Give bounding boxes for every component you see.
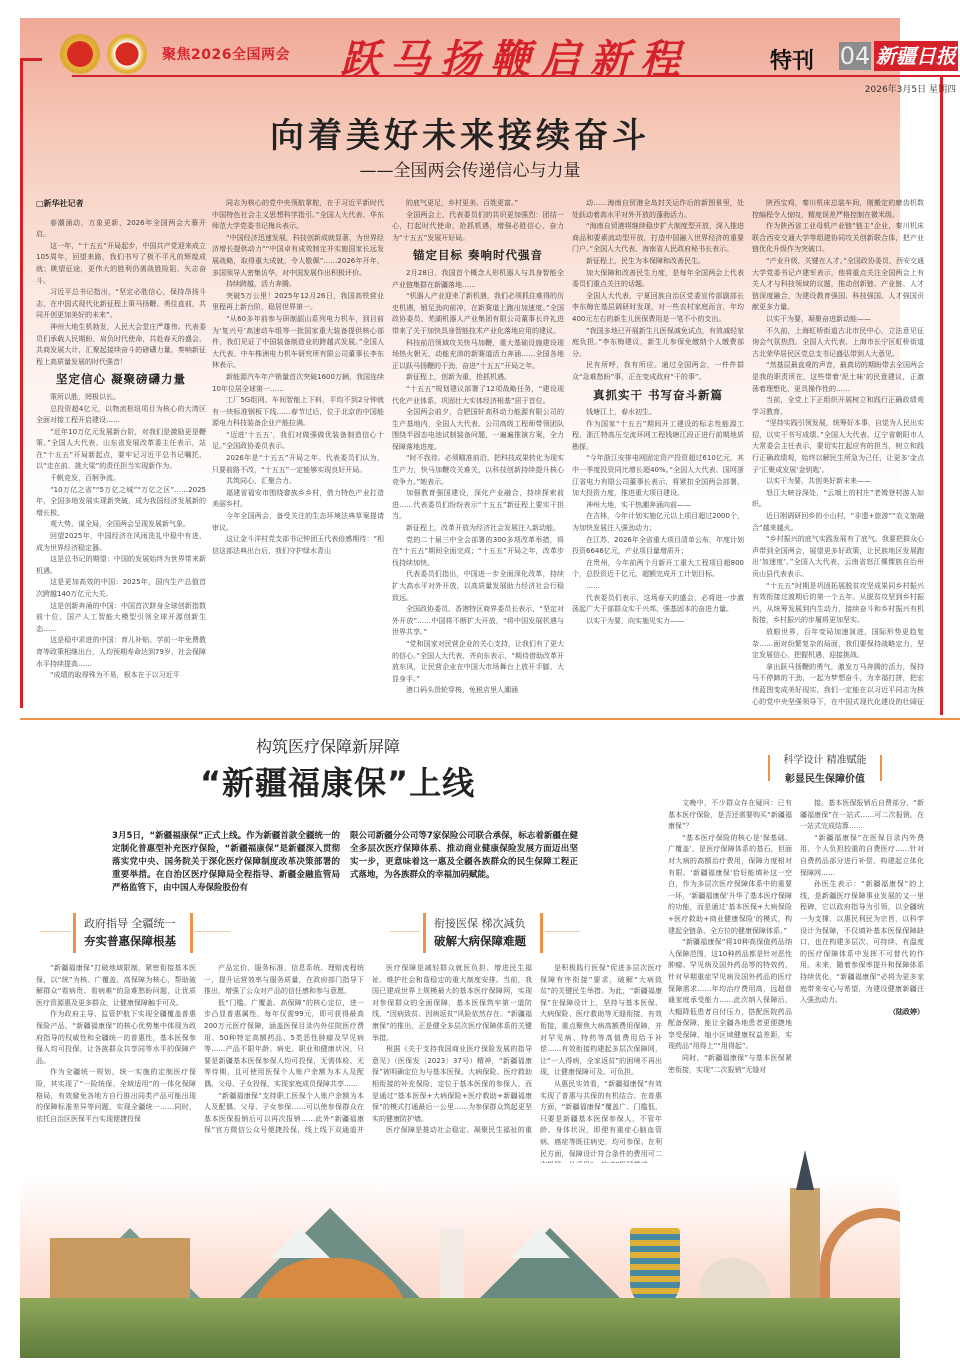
paragraph: “乡村振兴的底气实践发展有了底气。我要把群众心声带到全国两会，展望更多好政策，让…: [752, 534, 924, 580]
paragraph: 今年全国两会，备受关注的生态环境法典草案提请审议。: [212, 511, 384, 534]
paragraph: 新征程上，民生为本保障和改善民生。: [572, 256, 744, 268]
national-emblem-icon: [60, 34, 100, 74]
paragraph: 观大势、谋全局，全国两会呈现发展新气象。: [36, 519, 206, 531]
section-heading: 坚定信心 凝聚磅礴力量: [36, 374, 206, 386]
paragraph: 以实干为要，共创美好新未来——: [752, 476, 924, 488]
paragraph: 策所以胜，罔极以长。: [36, 392, 206, 404]
paragraph: 以实干为要，凝聚奋进新动能——: [752, 314, 924, 326]
paragraph: “成绩的取得殊为不易，根本在于以习近平: [36, 670, 206, 682]
paragraph: 2月28日，我国首个概念人形机器人与具身智能全产业链集群在新疆落地……: [392, 268, 564, 291]
paragraph: “基本医疗保险的核心是‘保基础、广覆盖’，是医疗保障体系的基石，但面对大病的高额…: [668, 833, 792, 937]
article2-col1-paragraphs: “新疆福康保”打破地域限制，紧密衔接基本医保，以“统”为核、广覆盖、高保障为核心…: [36, 963, 196, 1125]
paragraph: 钱塘江上，春水初生。: [572, 407, 744, 419]
paragraph: 根据《关于支持我国商业医疗保险发展的指导意见》（医保发〔2023〕37号）精神，…: [372, 1044, 532, 1125]
paragraph: 动……海南自贸港全岛封关运作后的新图景里，处处跃动着高水平对外开放的蓬勃活力。: [572, 198, 744, 221]
subhead-1-line2: 夯实普惠保障根基: [84, 933, 176, 949]
subhead-bar: [540, 913, 543, 953]
col1-paragraphs: 春潮涌动，万象更新，2026年全国两会大幕开启。这一年，“十五五”开局起步，中国…: [36, 218, 206, 369]
section-heading: 真抓实干 书写奋斗新篇: [572, 390, 744, 402]
paragraph: 同时，“新疆福康保”与基本医保紧密衔接，实现“二次报销”无缝对: [668, 1053, 792, 1076]
paragraph: 在江苏，2026年全省重大项目清单公布，年度计划投资6646亿元，产业项目量增质…: [572, 535, 744, 558]
paragraph: “党和国家对民营企业的关心支持，让我们有了更大的信心。”全国人大代表、齐向东表示…: [392, 639, 564, 685]
article1-column-5: 陕西宝鸡，秦川机床总装车间，刚搬定的磨齿机数控编程令人惊叹，精度误差严格控制在微…: [752, 198, 924, 708]
paragraph: 加大保障和改善民生力度，是每年全国两会上代表委员们重点关注的话题。: [572, 268, 744, 291]
paragraph: 突破5万公里！2025年12月26日，我国高铁营业里程再上新台阶，稳居世界第一。: [212, 291, 384, 314]
author: （陆政婷）: [800, 1007, 924, 1019]
paragraph: 新能源汽车年产销量首次突破1600万辆，我国连续10年位居全球第一……: [212, 372, 384, 395]
paragraph: 是积极践行医保“促进多层次医疗保障有序衔接”要求，破解“大病致贫”的关键民生举措…: [540, 963, 662, 1079]
article1-column-2: 同志为核心的党中央领航掌舵，在于习近平新时代中国特色社会主义思想科学指引。”全国…: [212, 198, 384, 708]
subhead-rule: [390, 931, 420, 932]
paragraph: “机器人产业迎来了新机遇，我们必须抓住难得的历史机遇，锻足劲向前冲，在新赛道上跑…: [392, 291, 564, 337]
paragraph: 代表委员们表示，这场春天的盛会，必将进一步激荡起广大干部群众实干兴邦、强基固本的…: [572, 593, 744, 616]
subhead-bar: [73, 913, 76, 953]
article1-column-4: 动……海南自贸港全岛封关运作后的新图景里，处处跃动着高水平对外开放的蓬勃活力。“…: [572, 198, 744, 708]
paragraph: “坚持实践引领发展，统筹好本事，自觉为人民出实招，以实干书写成绩。”全国人大代表…: [752, 418, 924, 476]
side-tag-bar-right: [880, 755, 882, 781]
paragraph: 这是稳中求进的中国：育儿补贴、学前一年免费教育等政策相继出台，人均预期寿命达到7…: [36, 635, 206, 670]
subhead-1-line1: 政府指导 全疆统一: [84, 915, 176, 931]
paragraph: 春潮涌动，万象更新，2026年全国两会大幕开启。: [36, 218, 206, 241]
subhead-rule: [40, 931, 70, 932]
paragraph: 这是更加高效的中国：2025年，国内生产总值首次跨越140万亿元大关。: [36, 577, 206, 600]
paragraph: 福建省福安市围绕畲族乡乡村，借力特色产业打造美丽乡村。: [212, 488, 384, 511]
article2-column-4: 是积极践行医保“促进多层次医疗保障有序衔接”要求，破解“大病致贫”的关键民生举措…: [540, 963, 662, 1163]
side-tag-line2: 彰显民生保障价值: [760, 770, 890, 785]
page-header: 聚焦2026全国两会 跃马扬鞭启新程 特刊 04 新疆日报 2026年3月5日 …: [20, 18, 900, 98]
paragraph: “十五五”规划建议部署了12项战略任务，“建设现代化产业体系，巩固壮大实体经济根…: [392, 384, 564, 407]
paragraph: 放眼世界，百年变局加速演进，国际形势更趋复杂……面对纷繁复杂的局面，我们要保持战…: [752, 627, 924, 662]
paragraph: “十五五”时期是巩固拓展脱贫攻坚成果同乡村振兴有效衔接过渡期后的第一个五年。从脱…: [752, 581, 924, 627]
paragraph: 同志为核心的党中央领航掌舵，在于习近平新时代中国特色社会主义思想科学指引。”全国…: [212, 198, 384, 233]
paragraph: 当前，全党上下正组织开展树立和践行正确政绩观学习教育。: [752, 395, 924, 418]
col3-paragraphs: 的底气更足，乡村更美、百姓更富。”全国两会上，代表委员们的共识更加强烈：团结一心…: [392, 198, 564, 244]
article2-column-5: 文晚中，不少群众存在疑问：已有基本医疗保险，是否还需要购买“新疆福康保”？“基本…: [668, 798, 792, 1138]
col5-paragraphs: 陕西宝鸡，秦川机床总装车间，刚搬定的磨齿机数控编程令人惊叹，精度误差严格控制在微…: [752, 198, 924, 708]
paragraph: “中国经济迅速发展，科技创新成就显著，为世界经济增长提供动力”“中国卓有成效制定…: [212, 233, 384, 279]
paragraph: 陕西宝鸡，秦川机床总装车间，刚搬定的磨齿机数控编程令人惊叹，精度误差严格控制在微…: [752, 198, 924, 221]
paragraph: “新疆福康保”在医保目录内外费用、个人负担较重的自费医疗……针对自费药品部分进行…: [800, 833, 924, 879]
paragraph: 文晚中，不少群众存在疑问：已有基本医疗保险，是否还需要购买“新疆福康保”？: [668, 798, 792, 833]
paragraph: 新征程上，创新为重，抢抓机遇。: [392, 372, 564, 384]
article2-column-3: 医疗保障是减轻群众就医负担、增进民生福祉、维护社会和谐稳定的重大制度安排。当前，…: [372, 963, 532, 1138]
byline: □新华社记者: [36, 198, 206, 210]
article2-col5-paragraphs: 文晚中，不少群众存在疑问：已有基本医疗保险，是否还需要购买“新疆福康保”？“基本…: [668, 798, 792, 1076]
paragraph: 医疗保障是减轻群众就医负担、增进民生福祉、维护社会和谐稳定的重大制度安排。当前，…: [372, 963, 532, 1044]
col4-paragraphs2: 钱塘江上，春水初生。作为国家“十五五”期间开工建设的标志性能源工程，浙江特高压交…: [572, 407, 744, 627]
subhead-2-line1: 衔接医保 梯次减负: [434, 915, 526, 931]
paragraph: 港口码头货轮穿梭，免税店里人潮涌: [392, 685, 564, 697]
paragraph: 怒江大峡谷深处，“云端上的村庄”老姆登村游人如织。: [752, 488, 924, 511]
paragraph: “我国多地已开展新生儿医保减免试点，有效减轻家庭负担。”李东梅建议，新生儿参保免…: [572, 326, 744, 361]
paragraph: “产业升级，关键在人才。”全国政协委员、西安交通大学党委书记卢建军表示，他将重点…: [752, 256, 924, 314]
subhead-bar: [423, 913, 426, 953]
paragraph: “然基层最直观的声音，最真切的期盼带去全国两会是我的职责所在，这些带着‘泥土味’…: [752, 360, 924, 395]
paragraph: 接。基本医保报销后自费部分，“新疆福康保”在一站式……可二次报销，在一站式完成结…: [800, 798, 924, 833]
paragraph: “新疆福康保”支持职工医保个人账户余额为本人及配偶、父母、子女参保……可以使参保…: [204, 1091, 364, 1138]
paragraph: 民有所呼，我有所应。通过全国两会，一件件群众“急难愁盼”事，正在变成政府“干的事…: [572, 360, 744, 383]
paragraph: 全国两会上，代表委员们的共识更加强烈：团结一心，打起时代使命，抢抓机遇，增强必胜…: [392, 210, 564, 245]
paragraph: “时不我待。必须瞄准前沿，把科技成果转化为现实生产力，快马加鞭攻关难关，以科技创…: [392, 453, 564, 488]
xinjiang-landscape-illustration: [20, 1138, 900, 1358]
paragraph: 产品定价、服务标准、信息系统、理赔流程统一，提升运营效率与服务质量，在政府部门指…: [204, 963, 364, 998]
snow-peak-icon: [270, 1228, 330, 1258]
paragraph: 作为全疆统一规划，统一实施的定制医疗保险，其实现了“一险统保、全域适用”的一体化…: [36, 1067, 196, 1125]
article1-subtitle: ——全国两会传递信心与力量: [200, 156, 740, 181]
newspaper-logo: 新疆日报: [874, 41, 958, 71]
article2-kicker: 构筑医疗保障新屏障: [256, 734, 400, 757]
paragraph: 总投资超4亿元，以物流枢纽项目为核心的大湾区全面对接工程开启建设……: [36, 404, 206, 427]
paragraph: 医疗保障是推动社会稳定、凝聚民生福祉的重要基础，“新疆福康保”的推出，不单是单纯…: [372, 1125, 532, 1138]
section-heading: 锚定目标 奏响时代强音: [392, 250, 564, 262]
paragraph: 千帆竞发，百舸争流。: [36, 473, 206, 485]
article2-lead-left: 3月5日，“新疆福康保”正式上线。作为新疆首款全疆统一的定制化普惠型补充医疗保险…: [112, 830, 340, 895]
paragraph: 这是创新奔涌的中国：中国首次跻身全球创新指数前十位，国产人工智能大模型引领全球开…: [36, 601, 206, 636]
paragraph: 新征程上，改革开放为经济社会发展注入新动能。: [392, 523, 564, 535]
paragraph: “10万亿之省”“5万亿之城”“万亿之区”……2025年，全国多地发展实现新突破…: [36, 485, 206, 520]
paragraph: 全国人大代表、宁夏回族自治区党委宣传部副部长李东梅在基层调研时发现，对一些农村家…: [572, 291, 744, 326]
article2-col4-paragraphs: 是积极践行医保“促进多层次医疗保障有序衔接”要求，破解“大病致贫”的关键民生举措…: [540, 963, 662, 1163]
paragraph: “新疆福康保”将10种高保值药品纳入保障范围，这10种药品都是针对恶性肿瘤、罕见…: [668, 937, 792, 1053]
paragraph: 代表委员们指出，中国进一步全面深化改革，持续扩大高水平对外开放，以高质量发展助力…: [392, 569, 564, 604]
subhead-rule: [195, 931, 230, 932]
side-tag-line1: 科学设计 精准赋能: [760, 751, 890, 766]
paragraph: 低“门槛、广覆盖、高保障”的核心定位，进一步凸显普惠属性，每年仅需99元，即可获…: [204, 998, 364, 1091]
paragraph: 这一年，“十五五”开局起步，中国共产党迎来成立105周年，回望来路，我们书写了极…: [36, 241, 206, 287]
paragraph: 神州大地生机勃发，人民大会堂庄严雄伟。代表委员们承载人民期盼，肩负时代使命，共赴…: [36, 322, 206, 368]
cppcc-emblem-icon: [107, 34, 147, 74]
paragraph: 作为政府主导、监管护航下实现全疆覆盖普惠保险产品，“新疆福康保”的核心优势集中体…: [36, 1009, 196, 1067]
paragraph: “新疆福康保”打破地域限制，紧密衔接基本医保，以“统”为核、广覆盖、高保障为核心…: [36, 963, 196, 1009]
article2-column-2: 产品定价、服务标准、信息系统、理赔流程统一，提升运营效率与服务质量，在政府部门指…: [204, 963, 364, 1138]
paragraph: 加强教育强国建设，深化产业融合，持续探索前进……代表委员们纷纷表示“十五五”新征…: [392, 488, 564, 523]
article2-column-1: “新疆福康保”打破地域限制，紧密衔接基本医保，以“统”为核、广覆盖、高保障为核心…: [36, 963, 196, 1138]
right-rule: [940, 75, 943, 715]
paragraph: 的底气更足，乡村更美、百姓更富。”: [392, 198, 564, 210]
paragraph: 2026年是“十五五”开局之年。代表委员们认为，只要前路不改，“十五五”一定能够…: [212, 453, 384, 476]
article1-title: 向着美好未来接续奋斗: [20, 108, 900, 157]
subhead-2-line2: 破解大病保障难题: [434, 933, 526, 949]
paragraph: ……: [572, 581, 744, 593]
ornament-shield-icon: [630, 1228, 680, 1308]
paragraph: 在贵州，今年前两个月新开工重大工程项目超800个，总投资近千亿元，超额完成开工计…: [572, 558, 744, 581]
side-tag: 科学设计 精准赋能 彰显民生保障价值: [760, 751, 890, 785]
article1-column-3: 的底气更足，乡村更美、百姓更富。”全国两会上，代表委员们的共识更加强烈：团结一心…: [392, 198, 564, 708]
subhead-1: 政府指导 全疆统一 夯实普惠保障根基: [40, 913, 230, 953]
col1-paragraphs2: 策所以胜，罔极以长。总投资超4亿元，以物流枢纽项目为核心的大湾区全面对接工程开启…: [36, 392, 206, 682]
header-rule: [72, 75, 960, 77]
paragraph: “近年10万亿元发展新台阶，对我们是激励更是鞭策。”全国人大代表、山东省发展改革…: [36, 427, 206, 473]
subhead-rule: [545, 931, 580, 932]
article2-col6-paragraphs: 接。基本医保报销后自费部分，“新疆福康保”在一站式……可二次报销，在一站式完成结…: [800, 798, 924, 1007]
paragraph: 不久前，上海虹桥街道古北市民中心，立法意见征询会气氛热烈。全国人大代表、上海市长…: [752, 326, 924, 361]
col2-paragraphs: 同志为核心的党中央领航掌舵，在于习近平新时代中国特色社会主义思想科学指引。”全国…: [212, 198, 384, 557]
col3-paragraphs2: 2月28日，我国首个概念人形机器人与具身智能全产业链集群在新疆落地……“机器人产…: [392, 268, 564, 697]
paragraph: 以实干为要，向实施见实力——: [572, 616, 744, 628]
paragraph: 全国两会前夕，合肥国轩高科动力能源有限公司的生产基地内，全国人大代表、公司高级工…: [392, 407, 564, 453]
col4-paragraphs: 动……海南自贸港全岛封关运作后的新图景里，处处跃动着高水平对外开放的蓬勃活力。“…: [572, 198, 744, 384]
paragraph: 这是总书记的期望：中国的发展始终为世界带来新机遇。: [36, 554, 206, 577]
spire-icon: [796, 1150, 814, 1190]
article2-lead-right: 限公司新疆分公司等7家保险公司联合承保，标志着新疆在健全多层次医疗保障体系、推动…: [350, 830, 578, 882]
paragraph: 拿出跃马扬鞭的勇气，激发万马奔腾的活力，保持马不停蹄的干劲，一起为梦想奋斗，为幸…: [752, 662, 924, 708]
paragraph: “今年浙江安排电网固定资产投资超过610亿元，其中一季度投资同比增长超40%。”…: [572, 453, 744, 499]
paragraph: 作为国家“十五五”期间开工建设的标志性能源工程，浙江特高压交流环网工程钱塘江段正…: [572, 419, 744, 454]
newspaper-page: 聚焦2026全国两会 跃马扬鞭启新程 特刊 04 新疆日报 2026年3月5日 …: [20, 18, 900, 1358]
paragraph: “迈进‘十五五’，我们对做强做优装备制造信心十足。”全国政协委员表示。: [212, 430, 384, 453]
header-kicker: 聚焦2026全国两会: [162, 44, 290, 64]
paragraph: 近日刚调研回乡的小山村，“非遗+旅游”“农文旅融合”越来越火。: [752, 511, 924, 534]
paragraph: 这让金斗洋村党支部书记钟团玉代表倍感期待：“相信这部法典出台后，我们守护绿水青山: [212, 534, 384, 557]
paragraph: 在吉林，今年计划实施亿元以上项目超过2000个，为加快发展注入强劲动力；: [572, 511, 744, 534]
paragraph: 习近平总书记指出，“坚定必胜信心，保持昂扬斗志，在中国式现代化新征程上策马扬鞭、…: [36, 287, 206, 322]
article2-title: “新疆福康保”上线: [200, 758, 475, 804]
paragraph: 作为陕西省工业母机产业链“链主”企业，秦川机床联合西安交通大学等组建协同攻关创新…: [752, 221, 924, 256]
paragraph: 共筑同心，汇聚合力。: [212, 476, 384, 488]
subhead-2: 衔接医保 梯次减负 破解大病保障难题: [390, 913, 580, 953]
section-divider: [20, 718, 960, 720]
paragraph: “海南自贸港将继续稳步扩大制度型开放，深入推进商品和要素流动型开放，打造中国融入…: [572, 221, 744, 256]
article2-col2-paragraphs: 产品定价、服务标准、信息系统、理赔流程统一，提升运营效率与服务质量，在政府部门指…: [204, 963, 364, 1138]
paragraph: 党的二十届三中全会部署的300多项改革举措，将在“十五五”期间全面完成；“十五五…: [392, 535, 564, 570]
paragraph: 回望2025年，中国经济在风雨洗礼中稳中有进，成为世界经济稳定器。: [36, 531, 206, 554]
article2-col3-paragraphs: 医疗保障是减轻群众就医负担、增进民生福祉、维护社会和谐稳定的重大制度安排。当前，…: [372, 963, 532, 1138]
article2-column-6: 接。基本医保报销后自费部分，“新疆福康保”在一站式……可二次报销，在一站式完成结…: [800, 798, 924, 1138]
issue-date: 2026年3月5日 星期四: [865, 82, 956, 95]
section-label: 特刊: [770, 44, 814, 75]
paragraph: 工厂5G组网、车间智能上下料，平均不到2分钟就有一块标准钢板下线……春节过后，位…: [212, 395, 384, 430]
snow-peak-icon: [510, 1228, 570, 1258]
page-number: 04: [839, 42, 871, 70]
paragraph: “从60多年前参与研制韶山系列电力机车，到目前为‘复兴号’高速动车组等一批国家重…: [212, 314, 384, 372]
paragraph: 孙医生表示：“新疆福康保”的上线，是新疆医疗保障事业发展的又一里程碑，它以政府指…: [800, 879, 924, 1007]
paragraph: 持续跨越，活力奔腾。: [212, 279, 384, 291]
paragraph: 科技前沿领域攻关快马加鞭，重大基础设施建设现场热火朝天，动能充沛的新赛道活力奔涌…: [392, 338, 564, 373]
paragraph: 神州大地，实干热潮奔涌向前——: [572, 500, 744, 512]
paragraph: 全国政协委员、香港特区商界委员长表示，“坚定对外开放”……中国将不断扩大开放，“…: [392, 604, 564, 639]
side-tag-bar-left: [768, 755, 770, 781]
ground: [20, 1298, 900, 1358]
article1-column-1: □新华社记者 春潮涌动，万象更新，2026年全国两会大幕开启。这一年，“十五五”…: [36, 198, 206, 708]
subhead-bar: [190, 913, 193, 953]
